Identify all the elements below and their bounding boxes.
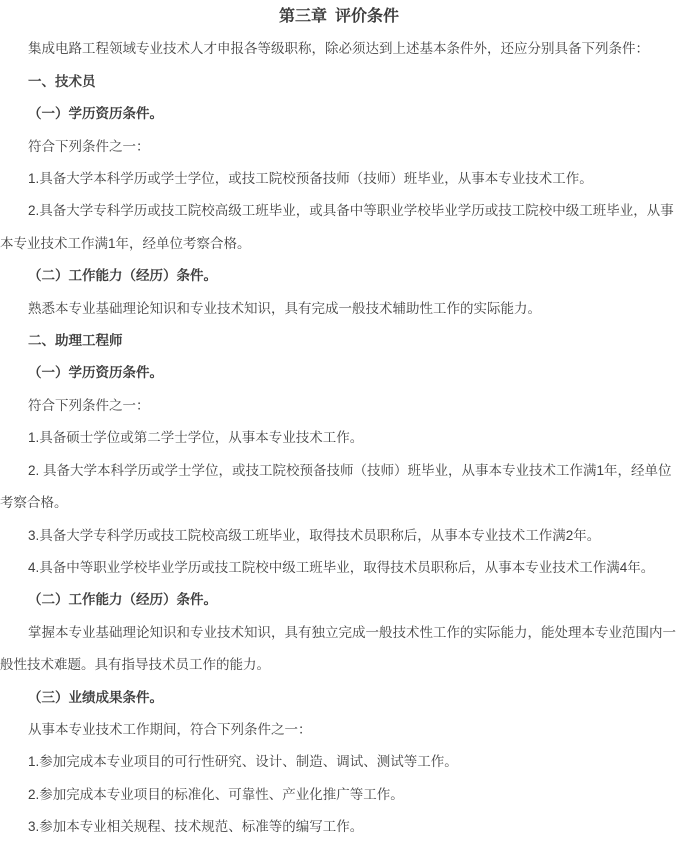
subsection-heading: （一）学历资历条件。 — [0, 98, 678, 130]
subsection-work-ability: （二）工作能力（经历）条件。 掌握本专业基础理论知识和专业技术知识，具有独立完成… — [0, 584, 678, 681]
section-heading: 一、技术员 — [0, 66, 678, 98]
subsection-education: （一）学历资历条件。 符合下列条件之一： 1.具备硕士学位或第二学士学位，从事本… — [0, 357, 678, 584]
paragraph: 符合下列条件之一： — [0, 390, 678, 422]
paragraph: 掌握本专业基础理论知识和专业技术知识，具有独立完成一般技术性工作的实际能力，能处… — [0, 617, 678, 682]
list-item: 2.具备大学专科学历或技工院校高级工班毕业，或具备中等职业学校毕业学历或技工院校… — [0, 195, 678, 260]
intro-paragraph: 集成电路工程领域专业技术人才申报各等级职称，除必须达到上述基本条件外，还应分别具… — [0, 33, 678, 65]
document-body: 第三章 评价条件 集成电路工程领域专业技术人才申报各等级职称，除必须达到上述基本… — [0, 0, 678, 844]
subsection-heading: （二）工作能力（经历）条件。 — [0, 260, 678, 292]
chapter-title: 第三章 评价条件 — [0, 1, 678, 33]
paragraph: 熟悉本专业基础理论知识和专业技术知识，具有完成一般技术辅助性工作的实际能力。 — [0, 293, 678, 325]
list-item: 4.具备中等职业学校毕业学历或技工院校中级工班毕业，取得技术员职称后，从事本专业… — [0, 552, 678, 584]
paragraph: 从事本专业技术工作期间，符合下列条件之一： — [0, 714, 678, 746]
list-item: 1.参加完成本专业项目的可行性研究、设计、制造、调试、测试等工作。 — [0, 746, 678, 778]
list-item: 1.具备硕士学位或第二学士学位，从事本专业技术工作。 — [0, 422, 678, 454]
subsection-education: （一）学历资历条件。 符合下列条件之一： 1.具备大学本科学历或学士学位，或技工… — [0, 98, 678, 260]
subsection-work-ability: （二）工作能力（经历）条件。 熟悉本专业基础理论知识和专业技术知识，具有完成一般… — [0, 260, 678, 325]
section-assistant-engineer: 二、助理工程师 （一）学历资历条件。 符合下列条件之一： 1.具备硕士学位或第二… — [0, 325, 678, 844]
section-technician: 一、技术员 （一）学历资历条件。 符合下列条件之一： 1.具备大学本科学历或学士… — [0, 66, 678, 325]
subsection-heading: （二）工作能力（经历）条件。 — [0, 584, 678, 616]
list-item: 1.具备大学本科学历或学士学位，或技工院校预备技师（技师）班毕业，从事本专业技术… — [0, 163, 678, 195]
paragraph: 符合下列条件之一： — [0, 131, 678, 163]
section-heading: 二、助理工程师 — [0, 325, 678, 357]
list-item: 2.参加完成本专业项目的标准化、可靠性、产业化推广等工作。 — [0, 779, 678, 811]
list-item: 2. 具备大学本科学历或学士学位，或技工院校预备技师（技师）班毕业，从事本专业技… — [0, 455, 678, 520]
subsection-heading: （三）业绩成果条件。 — [0, 682, 678, 714]
subsection-achievements: （三）业绩成果条件。 从事本专业技术工作期间，符合下列条件之一： 1.参加完成本… — [0, 682, 678, 844]
list-item: 3.参加本专业相关规程、技术规范、标准等的编写工作。 — [0, 811, 678, 843]
subsection-heading: （一）学历资历条件。 — [0, 357, 678, 389]
list-item: 3.具备大学专科学历或技工院校高级工班毕业，取得技术员职称后，从事本专业技术工作… — [0, 520, 678, 552]
